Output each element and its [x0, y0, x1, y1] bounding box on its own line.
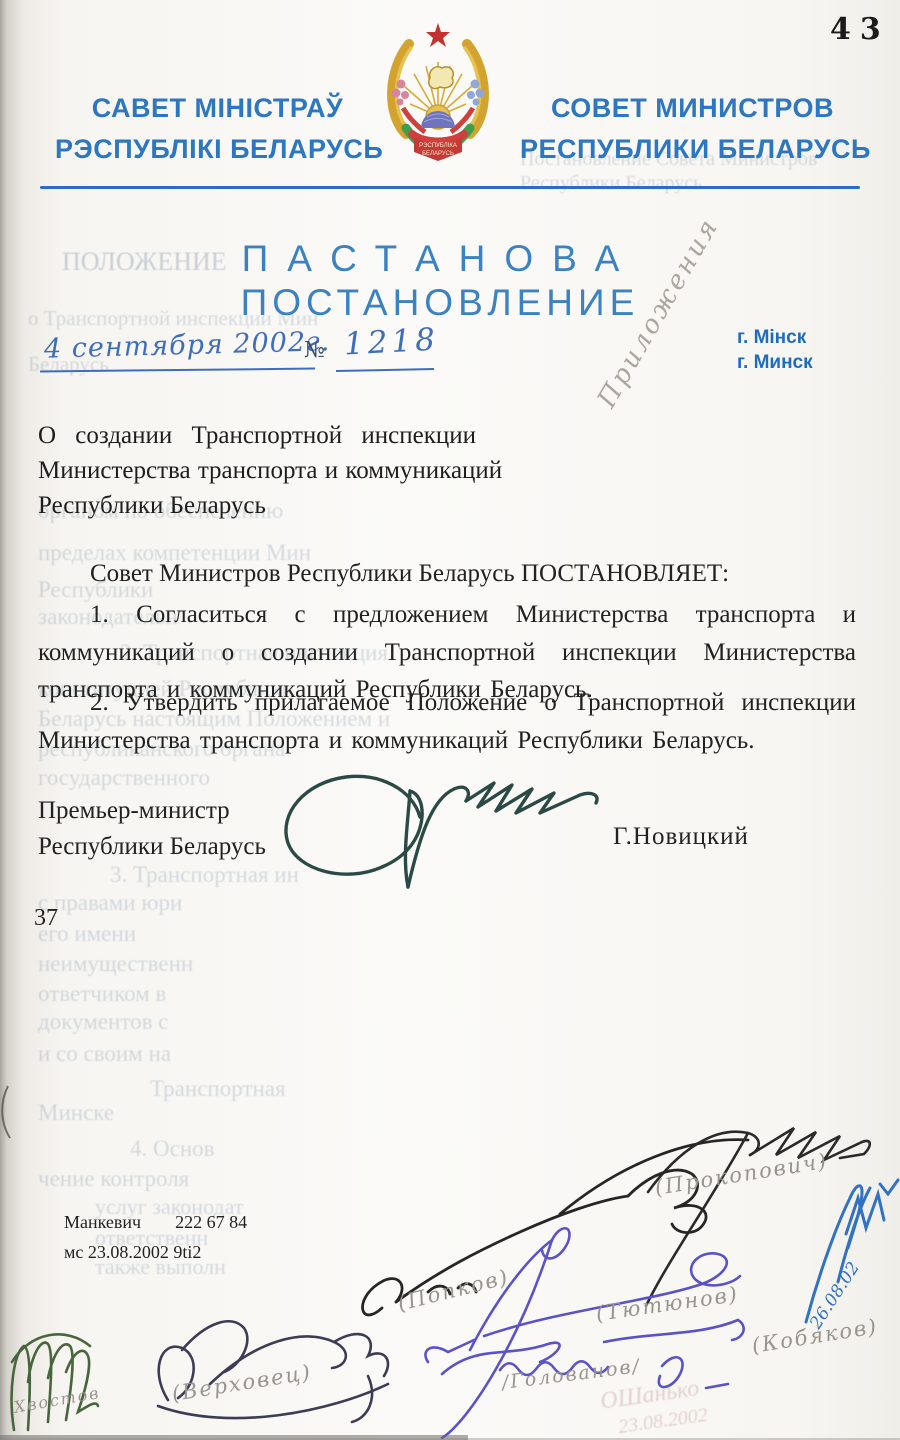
bleedthrough-text: неимущественн [38, 951, 193, 977]
sheet-number: 37 [34, 905, 58, 932]
decree-item-2: 2. Утвердить прилагаемое Положение о Тра… [38, 684, 856, 759]
emblem-ribbon-text: РЭСПУБЛІКА [419, 143, 457, 149]
title-line: Министерства транспорта и коммуникаций [38, 453, 538, 488]
emblem-ribbon-text: БЕЛАРУСЬ [422, 151, 454, 157]
number-sign: № [304, 338, 325, 363]
signer-name: Г.Новицкий [613, 823, 749, 851]
decree-title: О создании Транспортной инспекции Минист… [38, 418, 538, 523]
document-type-heading: ПАСТАНОВА ПОСТАНОВЛЕНИЕ [180, 238, 700, 324]
signature-khvostov [12, 1334, 98, 1430]
page-number-stamp: 43 [830, 12, 890, 47]
doctype-belarusian: ПАСТАНОВА [180, 238, 700, 280]
signer-position: Премьер-министр Республики Беларусь [38, 793, 266, 864]
prime-minister-signature [270, 765, 650, 893]
bleedthrough-text: государственного [38, 765, 210, 791]
place-of-issue: г. Мінск г. Минск [737, 326, 813, 375]
letterhead-belarusian: САВЕТ МІНІСТРАЎ РЭСПУБЛІКІ БЕЛАРУСЬ [55, 88, 380, 169]
letterhead-russian: СОВЕТ МИНИСТРОВ РЕСПУБЛИКИ БЕЛАРУСЬ [520, 88, 865, 169]
letterhead-by-line1: САВЕТ МІНІСТРАЎ [55, 88, 380, 129]
signer-position-line2: Республики Беларусь [38, 829, 266, 865]
decree-lead-paragraph: Совет Министров Республики Беларусь ПОСТ… [38, 560, 856, 588]
bleedthrough-text: Транспортная [150, 1076, 286, 1102]
belarus-map-contour-icon [429, 67, 454, 89]
bleedthrough-text: и со своим на [38, 1041, 171, 1067]
signature-tyutyunov [442, 1228, 744, 1438]
title-line: О создании Транспортной инспекции [38, 418, 538, 453]
doctype-russian: ПОСТАНОВЛЕНИЕ [180, 282, 700, 324]
number-underline [336, 368, 434, 372]
approval-signatures [0, 1100, 900, 1440]
handwritten-date: 4 сентября 2002г. [44, 326, 331, 364]
place-russian: г. Минск [737, 351, 813, 376]
letterhead-ru-line1: СОВЕТ МИНИСТРОВ [520, 88, 865, 129]
belarus-coat-of-arms-icon: РЭСПУБЛІКА БЕЛАРУСЬ [377, 20, 499, 166]
title-line: Республики Беларусь [38, 488, 538, 523]
signer-position-line1: Премьер-министр [38, 793, 266, 829]
letterhead-by-line2: РЭСПУБЛІКІ БЕЛАРУСЬ [55, 129, 380, 170]
handwritten-number: 1218 [343, 322, 440, 363]
place-belarusian: г. Мінск [737, 326, 813, 351]
bleedthrough-text: ответчиком в [38, 981, 166, 1007]
bleedthrough-text: Республики Беларусь [520, 172, 702, 195]
scanned-decree-page: ПОЛОЖЕНИЕ Постановление Совета Министров… [0, 0, 900, 1440]
bleedthrough-text: с правами юри [38, 890, 182, 916]
letterhead-ru-line2: РЕСПУБЛИКИ БЕЛАРУСЬ [520, 129, 865, 170]
header-divider [40, 186, 860, 189]
bleedthrough-text: документов с [38, 1009, 168, 1035]
red-star-icon [426, 23, 450, 47]
